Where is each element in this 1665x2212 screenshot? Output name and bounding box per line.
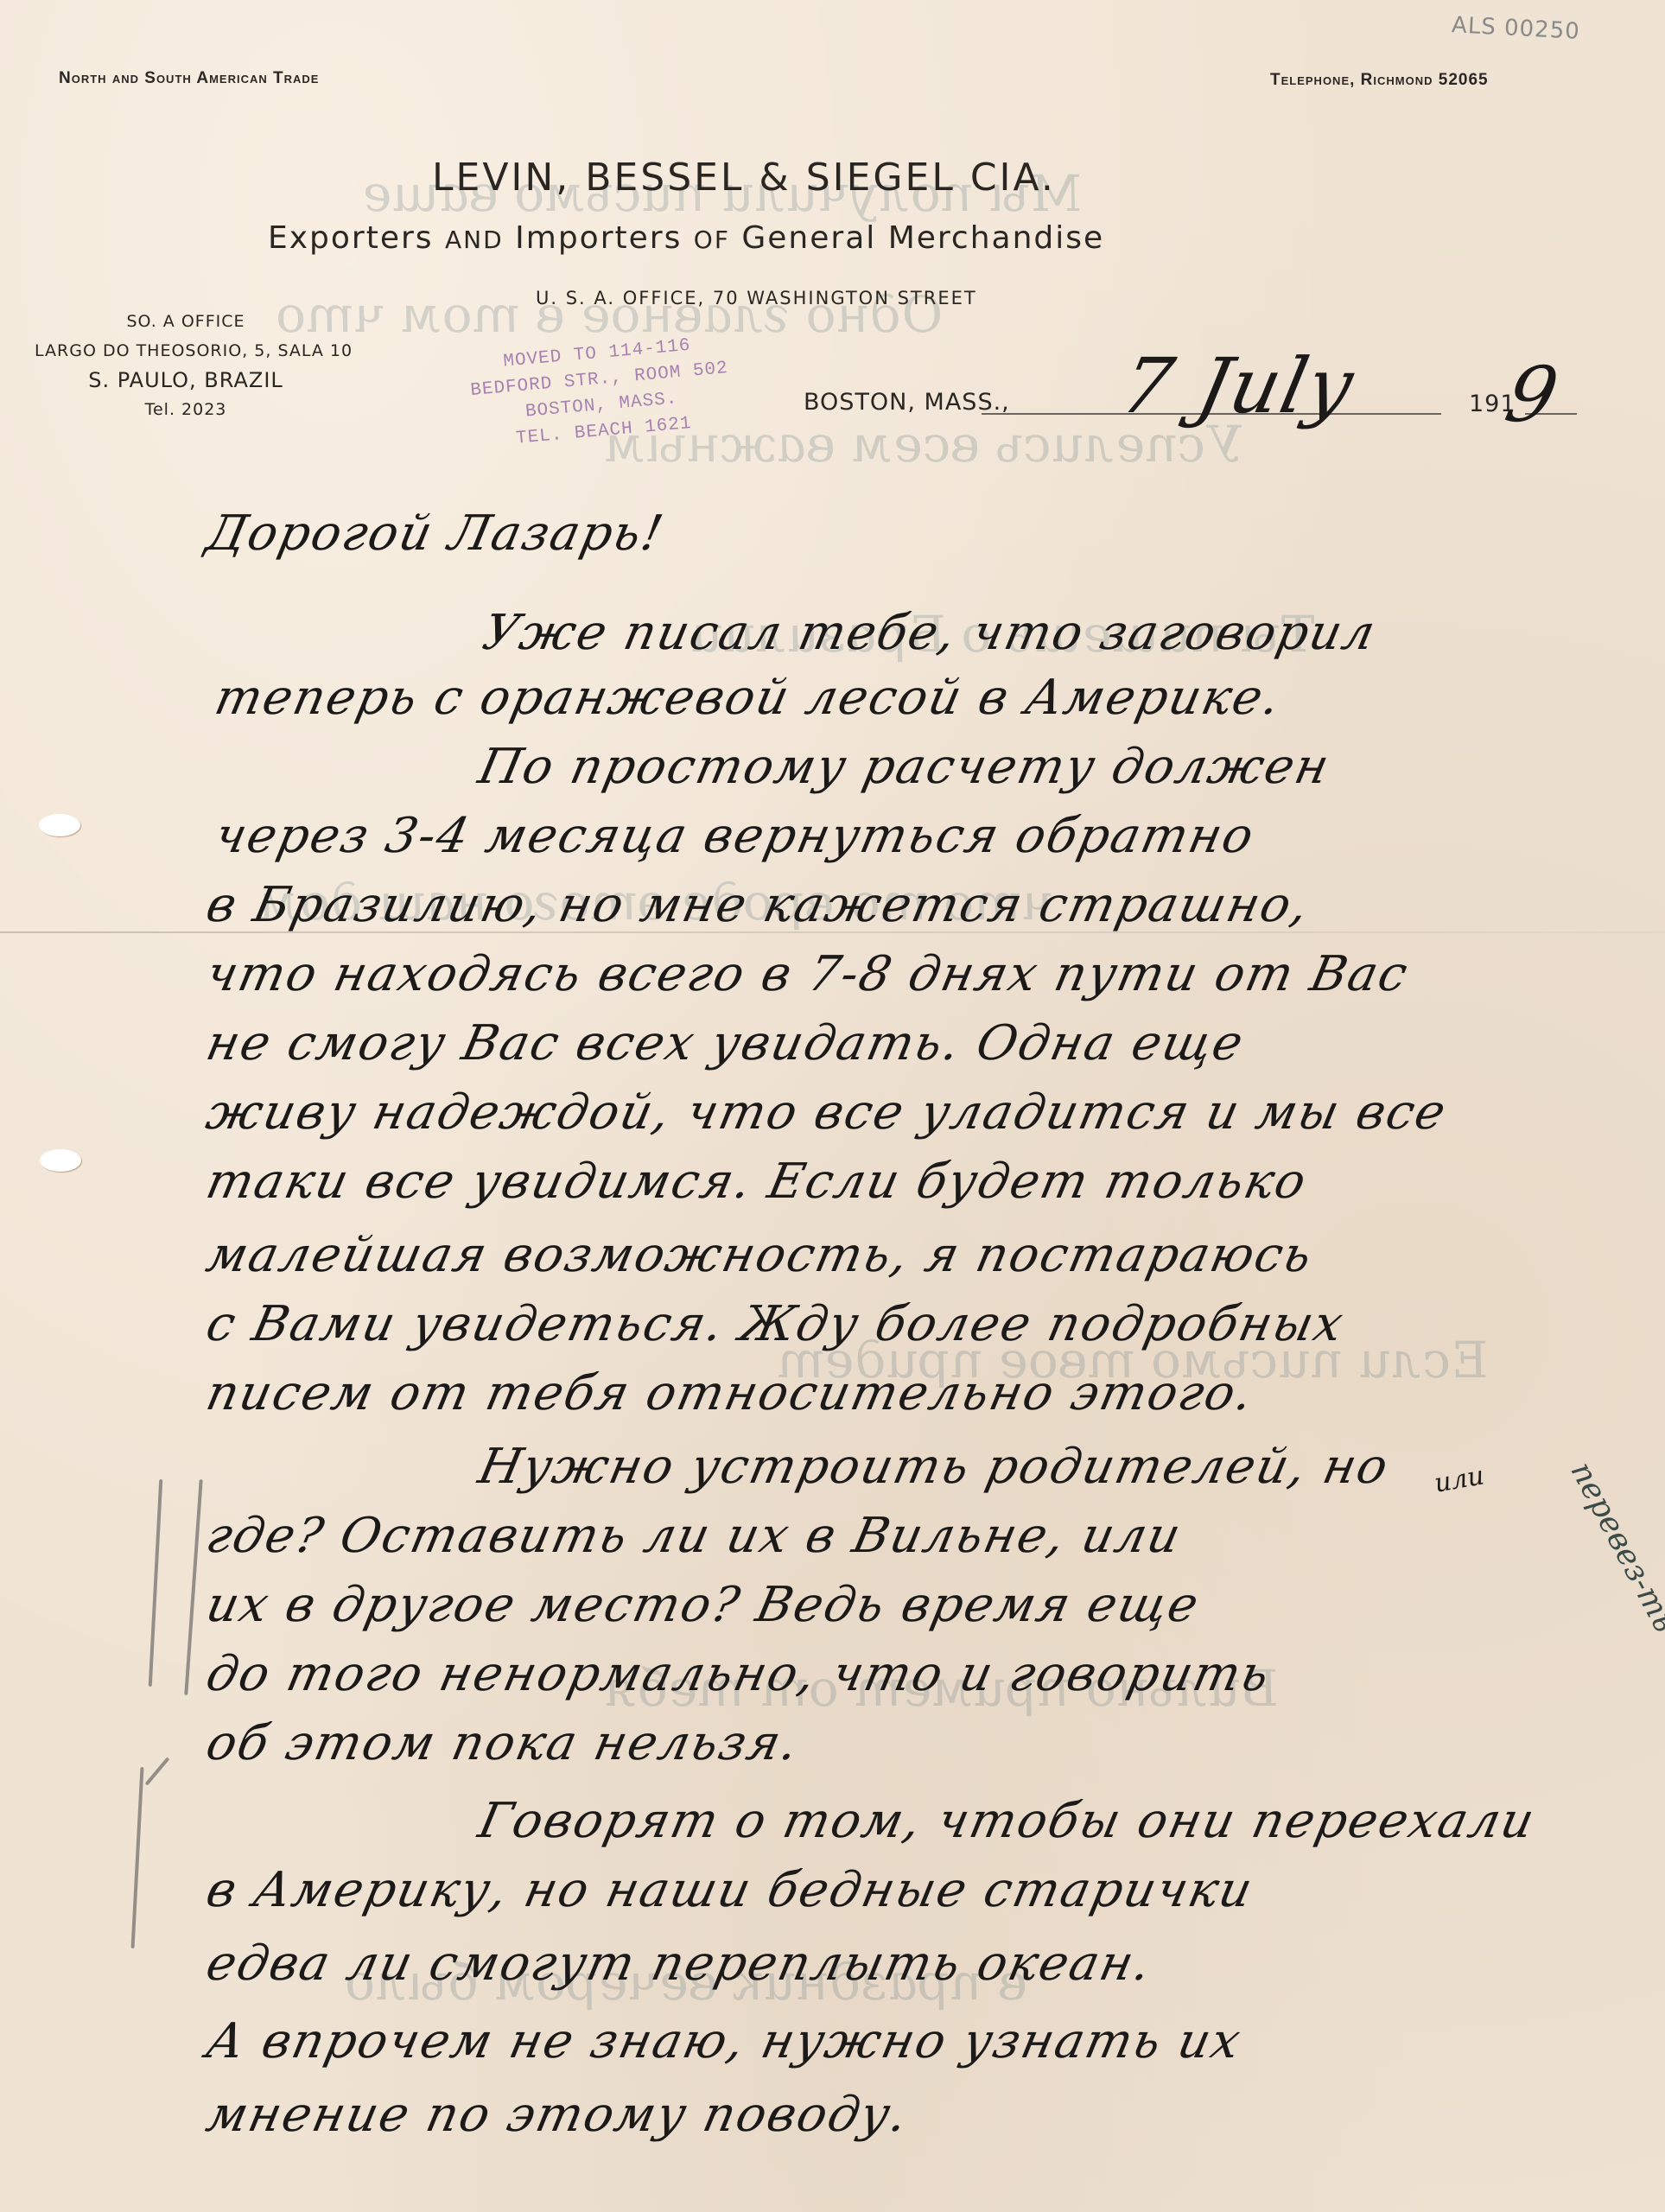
- so-office-title: SO. A OFFICE: [52, 307, 320, 336]
- dateline-year-suffix: 9: [1498, 350, 1567, 439]
- letter-line: Уже писал тебе, что заговорил: [478, 605, 1382, 661]
- letterhead-trade-tag: North and South American Trade: [59, 69, 319, 88]
- letter-line: до того ненормально, что и говорить: [201, 1646, 1275, 1702]
- pencil-margin-mark: [131, 1767, 144, 1948]
- letter-line: Нужно устроить родителей, но: [473, 1439, 1395, 1495]
- so-office-tel: Tel. 2023: [52, 395, 320, 424]
- margin-insert-note: перевез-ть: [1563, 1456, 1665, 1638]
- archive-number: ALS 00250: [1451, 12, 1580, 45]
- dateline-place: BOSTON, MASS.,: [804, 389, 1010, 416]
- tagline-word: of: [694, 226, 730, 254]
- tagline-word: and: [445, 226, 504, 254]
- letter-line: едва ли смогут переплыть океан.: [201, 1935, 1157, 1992]
- letter-line: в Америку, но наши бедные старички: [201, 1862, 1259, 1918]
- letter-line: мнение по этому поводу.: [201, 2087, 914, 2143]
- so-office-city: S. PAULO, BRAZIL: [52, 365, 320, 395]
- letter-line: их в другое место? Ведь время еще: [201, 1577, 1204, 1633]
- letter-line: писем от тебя относительно этого.: [201, 1365, 1259, 1421]
- punch-hole: [40, 1149, 81, 1172]
- tagline-word: General Merchandise: [741, 220, 1104, 256]
- letter-line: с Вами увидеться. Жду более подробных: [201, 1296, 1350, 1352]
- letter-line: теперь с оранжевой лесой в Америке.: [210, 670, 1287, 726]
- south-america-office: SO. A OFFICE LARGO DO THEOSORIO, 5, SALA…: [52, 307, 320, 424]
- company-tagline: Exporters and Importers of General Merch…: [268, 220, 1104, 256]
- pencil-margin-mark: [145, 1757, 170, 1785]
- letter-line: что находясь всего в 7-8 днях пути от Ва…: [201, 946, 1414, 1002]
- salutation: Дорогой Лазарь!: [201, 505, 669, 562]
- letter-line: не смогу Вас всех увидать. Одна еще: [201, 1015, 1249, 1071]
- usa-office-address: U. S. A. OFFICE, 70 WASHINGTON STREET: [536, 288, 977, 308]
- letter-line: А впрочем не знаю, нужно узнать их: [201, 2013, 1247, 2069]
- letter-line: По простому расчету должен: [473, 739, 1335, 795]
- letterhead-telephone: Telephone, Richmond 52065: [1270, 71, 1489, 90]
- letter-line: через 3-4 месяца вернуться обратно: [210, 808, 1260, 864]
- tagline-word: Importers: [515, 220, 682, 256]
- letter-line: об этом пока нельзя.: [201, 1715, 804, 1771]
- letter-line: Говорят о том, чтобы они переехали: [473, 1793, 1541, 1849]
- pencil-margin-mark: [184, 1479, 202, 1695]
- company-name: LEVIN, BESSEL & SIEGEL CIA.: [432, 156, 1056, 200]
- letter-line: малейшая возможность, я постараюсь: [201, 1227, 1319, 1283]
- letter-line: таки все увидимся. Если будет только: [201, 1154, 1312, 1210]
- handwritten-date: 7 July: [1114, 341, 1363, 430]
- insert-above-word: или: [1432, 1460, 1486, 1498]
- tagline-word: Exporters: [268, 220, 434, 256]
- so-office-street: LARGO DO THEOSORIO, 5, SALA 10: [35, 336, 337, 365]
- letter-line: в Бразилию, но мне кажется страшно,: [201, 877, 1315, 933]
- letter-line: живу надеждой, что все уладится и мы все: [201, 1084, 1452, 1141]
- punch-hole: [39, 814, 80, 836]
- letter-line: где? Оставить ли их в Вильне, или: [201, 1508, 1187, 1564]
- pencil-margin-mark: [149, 1479, 163, 1687]
